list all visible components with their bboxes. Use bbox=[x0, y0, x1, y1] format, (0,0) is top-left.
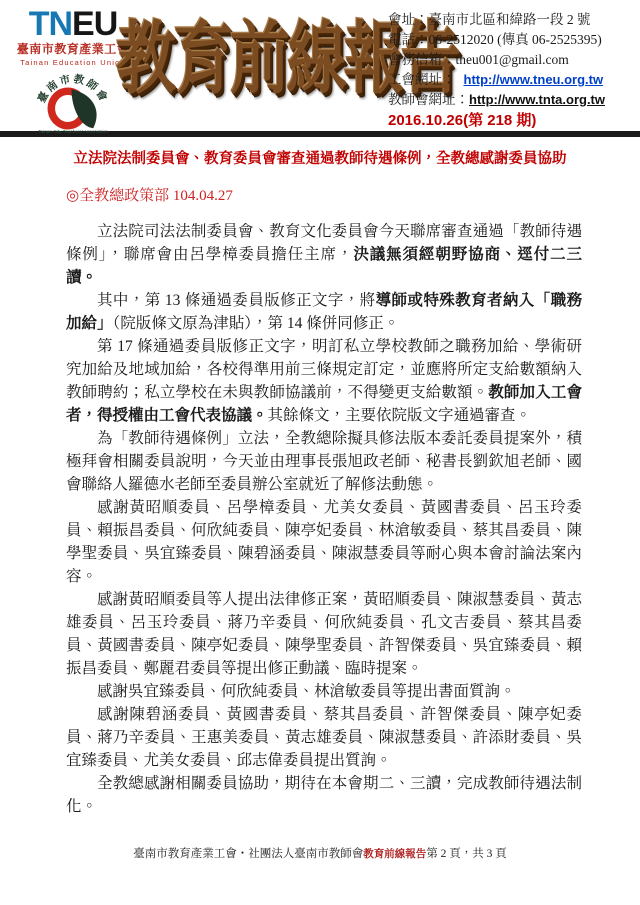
paragraph: 第 17 條通過委員版修正文字，明訂私立學校教師之職務加給、學術研究加給及地域加… bbox=[66, 335, 582, 427]
article-headline: 立法院法制委員會、教育委員會審查通過教師待遇條例，全教總感謝委員協助 bbox=[30, 149, 610, 169]
contact-phone-label: 電話： bbox=[388, 32, 429, 47]
teachers-association-seal-icon: 臺南市教師會 Tainan City Teachers' Association bbox=[21, 69, 125, 135]
contact-address-label: 會址： bbox=[388, 12, 429, 27]
union-logo: TNEU 臺南市教育產業工會 Tainan Education Union 臺南… bbox=[14, 6, 132, 140]
article-byline: ◎全教總政策部 104.04.27 bbox=[66, 186, 640, 206]
union-name-zh: 臺南市教育產業工會 bbox=[14, 42, 132, 57]
paragraph: 感謝陳碧涵委員、黃國書委員、蔡其昌委員、許智傑委員、陳亭妃委員、蔣乃辛委員、王惠… bbox=[66, 703, 582, 772]
newsletter-page: TNEU 臺南市教育產業工會 Tainan Education Union 臺南… bbox=[0, 0, 640, 905]
paragraph: 為「教師待遇條例」立法，全教總除擬具修法版本委託委員提案外，積極拜會相關委員說明… bbox=[66, 427, 582, 496]
union-website-link[interactable]: http://www.tneu.org.tw bbox=[464, 72, 604, 87]
wordmark-tn: TN bbox=[29, 5, 72, 43]
paragraph: 感謝黃昭順委員等人提出法律修正案，黃昭順委員、陳淑慧委員、黃志雄委員、呂玉玲委員… bbox=[66, 588, 582, 680]
contact-phone: 電話：06-2512020 (傳真 06-2525395) bbox=[388, 30, 634, 50]
paragraph: 立法院司法法制委員會、教育文化委員會今天聯席審查通過「教師待遇條例」，聯席會由呂… bbox=[66, 220, 582, 289]
contact-union-site: 工會網址：http://www.tneu.org.tw bbox=[388, 70, 634, 90]
union-name-en: Tainan Education Union bbox=[14, 57, 132, 68]
paragraph: 感謝黃昭順委員、呂學樟委員、尤美女委員、黃國書委員、呂玉玲委員、賴振昌委員、何欣… bbox=[66, 496, 582, 588]
tneu-wordmark: TNEU bbox=[14, 6, 132, 42]
contact-address: 會址：臺南市北區和緯路一段 2 號 bbox=[388, 10, 634, 30]
association-website-link[interactable]: http://www.tnta.org.tw bbox=[469, 92, 605, 107]
paragraph: 感謝吳宜臻委員、何欣純委員、林滄敏委員等提出書面質詢。 bbox=[66, 680, 582, 703]
contact-email-label: 會務信箱： bbox=[388, 52, 456, 67]
paragraph: 其中，第 13 條通過委員版修正文字，將導師或特殊教育者納入「職務加給」（院版條… bbox=[66, 289, 582, 335]
contact-association-site: 教師會網址：http://www.tnta.org.tw bbox=[388, 90, 634, 110]
page-footer: 臺南市教育產業工會・社團法人臺南市教師會教育前線報告第 2 頁，共 3 頁 bbox=[0, 846, 640, 863]
footer-org: 臺南市教育產業工會・社團法人臺南市教師會 bbox=[133, 848, 363, 860]
footer-newsletter-brand: 教育前線報告 bbox=[363, 849, 426, 860]
page-header: TNEU 臺南市教育產業工會 Tainan Education Union 臺南… bbox=[0, 0, 640, 131]
contact-association-site-label: 教師會網址： bbox=[388, 92, 469, 107]
seal-caption: Tainan City Teachers' Association bbox=[38, 129, 108, 135]
footer-page-number: 第 2 頁，共 3 頁 bbox=[426, 848, 507, 860]
contact-union-site-label: 工會網址： bbox=[388, 72, 456, 87]
contact-address-value: 臺南市北區和緯路一段 2 號 bbox=[429, 12, 591, 27]
contact-email: 會務信箱：tneu001@gmail.com bbox=[388, 50, 634, 70]
contact-info: 會址：臺南市北區和緯路一段 2 號 電話：06-2512020 (傳真 06-2… bbox=[388, 10, 634, 132]
contact-email-value: tneu001@gmail.com bbox=[456, 52, 569, 67]
article-body: 立法院司法法制委員會、教育文化委員會今天聯席審查通過「教師待遇條例」，聯席會由呂… bbox=[66, 220, 582, 818]
contact-phone-value: 06-2512020 (傳真 06-2525395) bbox=[429, 32, 602, 47]
issue-date: 2016.10.26(第 218 期) bbox=[388, 110, 634, 132]
wordmark-eu: EU bbox=[72, 5, 117, 43]
paragraph: 全教總感謝相關委員協助，期待在本會期二、三讀，完成教師待遇法制化。 bbox=[66, 772, 582, 818]
